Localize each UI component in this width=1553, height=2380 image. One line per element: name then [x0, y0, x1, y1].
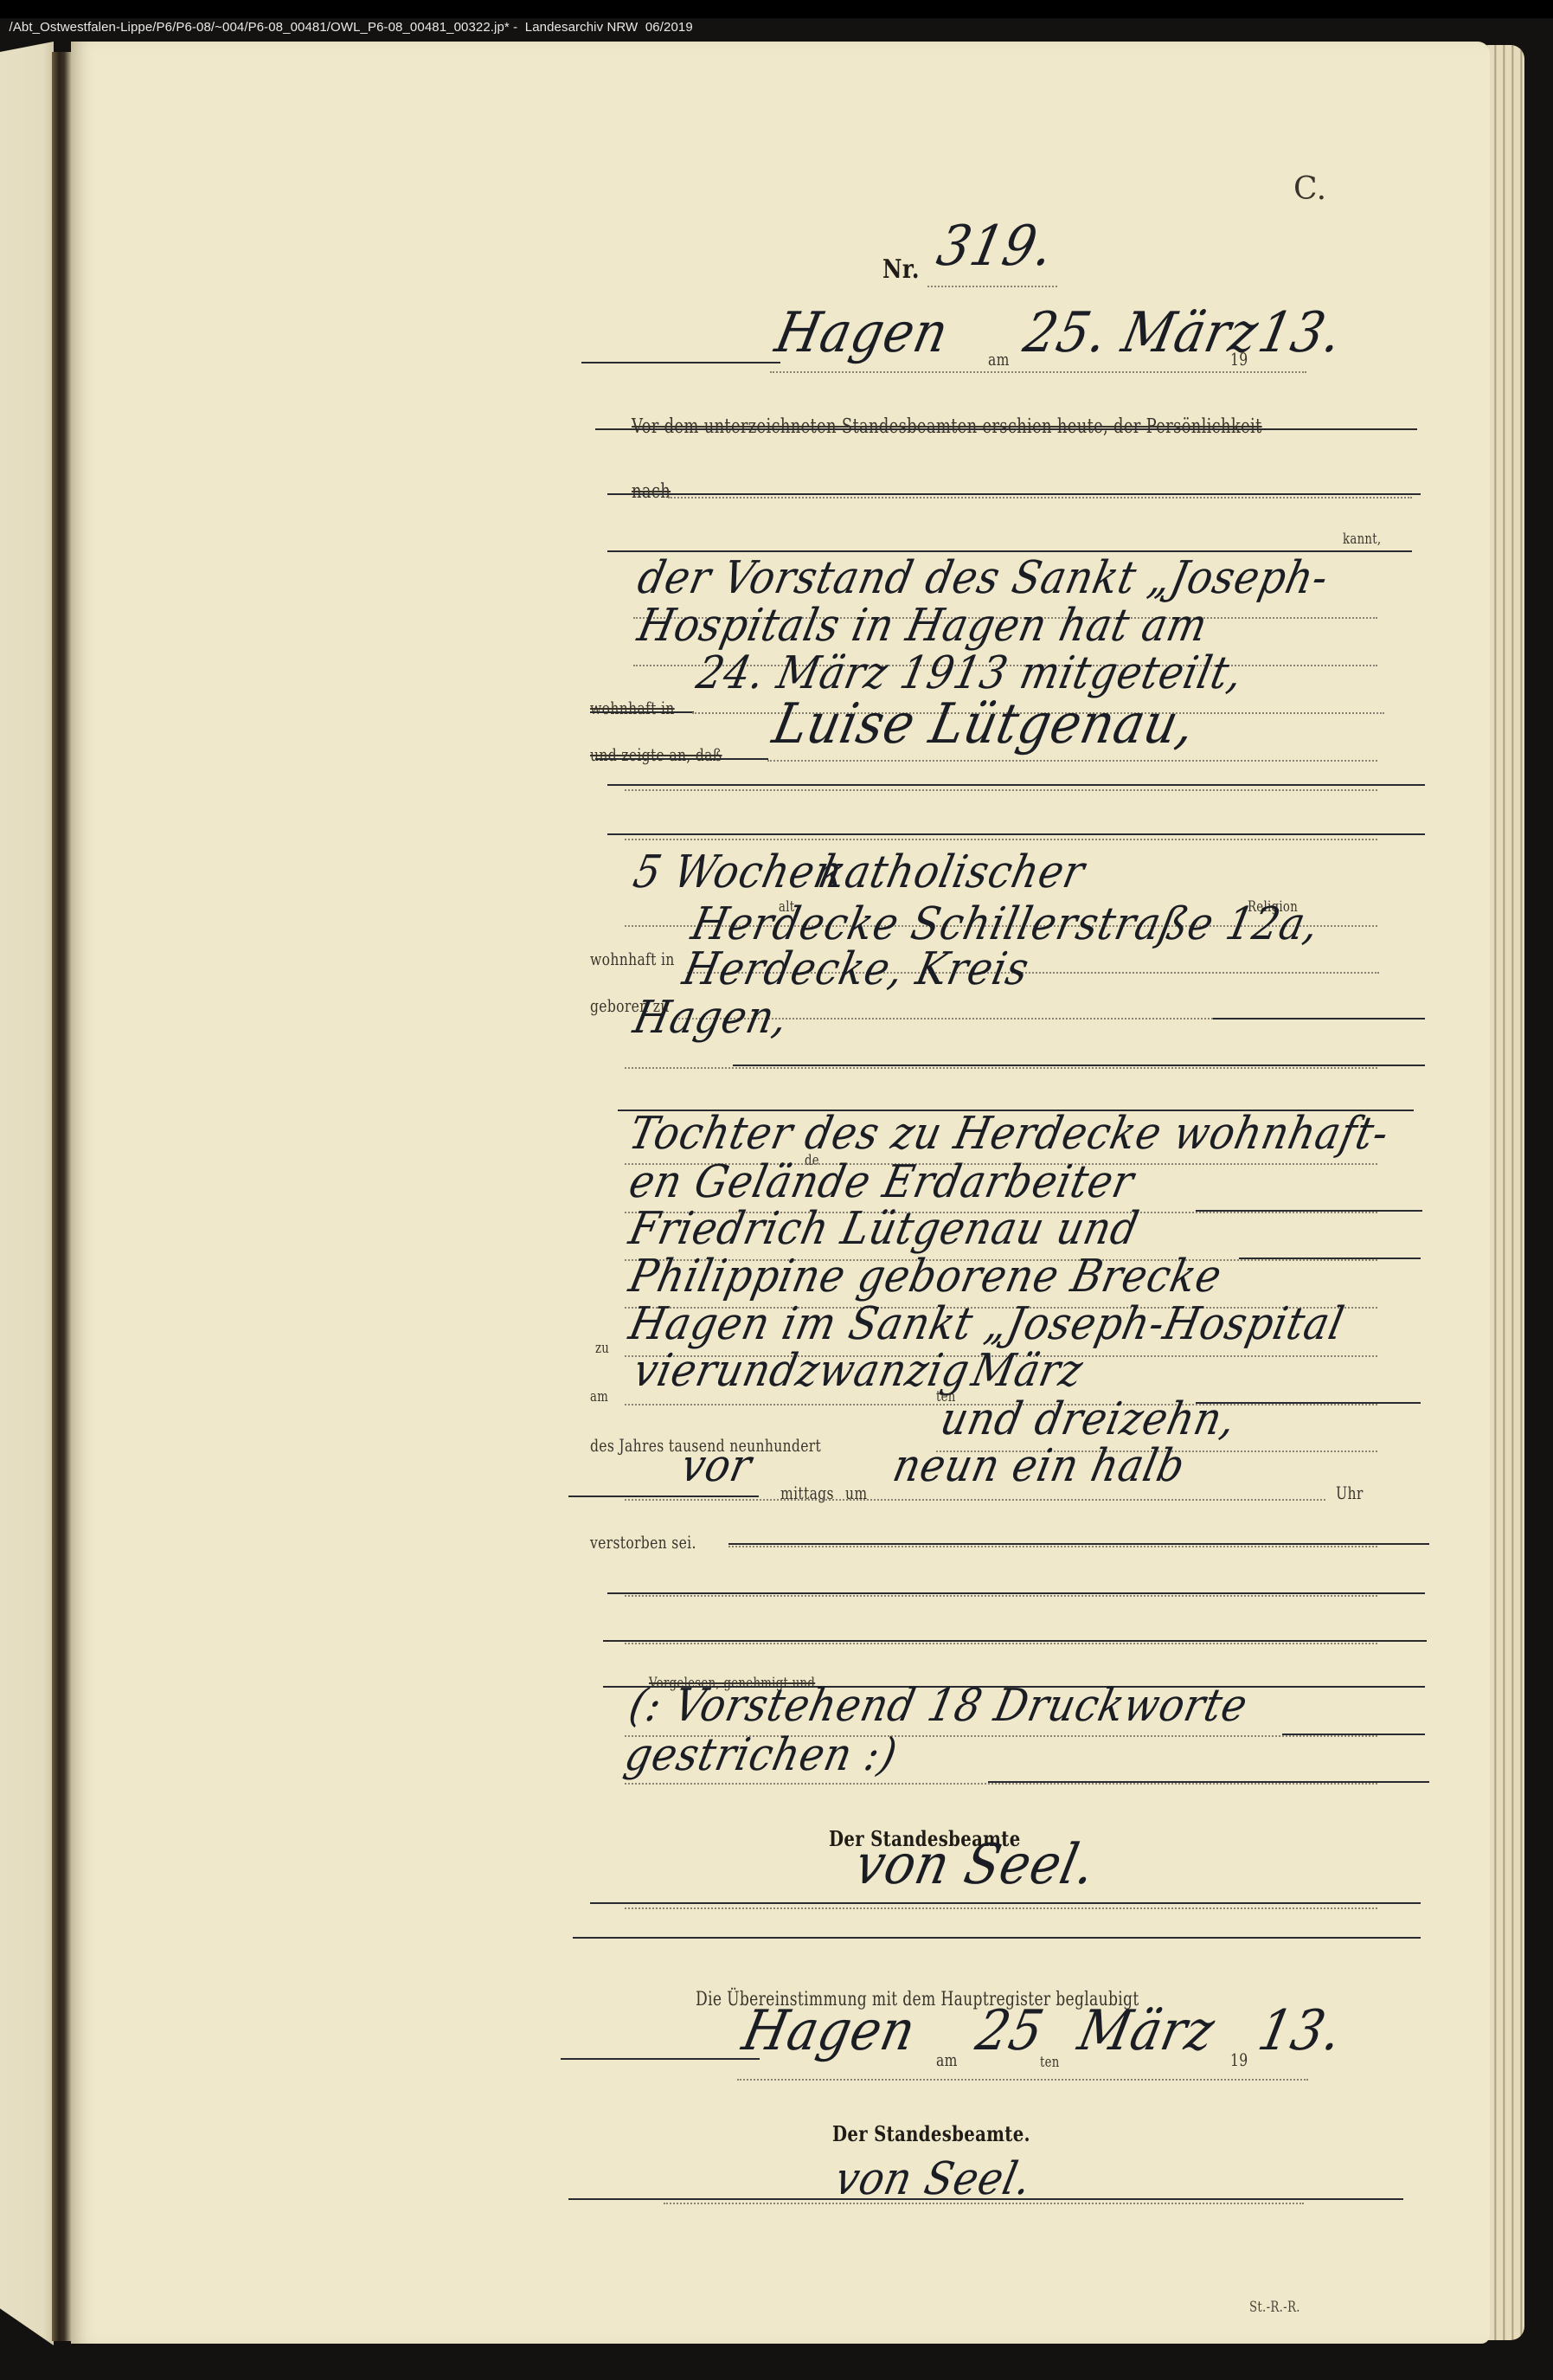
strike-line	[607, 493, 1421, 495]
pen-line	[1213, 1018, 1425, 1020]
am-label: am	[590, 1388, 608, 1405]
place-handwritten: Hagen	[770, 301, 954, 365]
death-month: März	[967, 1345, 1088, 1397]
dotline	[625, 1499, 1325, 1501]
pen-line	[603, 1640, 1427, 1642]
pen-line	[568, 1496, 759, 1497]
cert-month: März	[1073, 1999, 1221, 2063]
pen-line	[988, 1781, 1429, 1783]
cert-signature: von Seel.	[831, 2153, 1036, 2205]
note-line-1: (: Vorstehend 18 Druckworte	[625, 1680, 1252, 1732]
wohnhaft-struck: wohnhaft in	[590, 698, 675, 718]
birthplace-line-1: Herdecke, Kreis	[678, 943, 1034, 995]
death-day: vierundzwanzig	[629, 1345, 974, 1397]
pen-line	[607, 784, 1425, 786]
parents-line-1: Tochter des zu Herdecke wohnhaft-	[625, 1108, 1394, 1160]
parents-line-3: Friedrich Lütgenau und	[625, 1203, 1144, 1255]
window-title-bar: /Abt_Ostwestfalen-Lippe/P6/P6-08/~004/P6…	[0, 0, 1553, 18]
pen-line	[590, 1902, 1421, 1904]
official-signature: von Seel.	[850, 1833, 1101, 1897]
dotline	[728, 1546, 1377, 1547]
dotline	[767, 760, 1377, 762]
form-code: St.-R.-R.	[1249, 2299, 1300, 2316]
strike-line	[590, 711, 694, 713]
dotline	[625, 1783, 1377, 1785]
religion-value: katholischer	[815, 846, 1089, 898]
pen-line	[561, 2058, 760, 2060]
dotline	[625, 1067, 1377, 1069]
informant-line-2: Hospitals in Hagen hat am	[633, 600, 1212, 652]
note-line-2: gestrichen :)	[620, 1729, 902, 1781]
pen-line	[581, 362, 780, 363]
dotline	[625, 839, 1377, 840]
zu-label: zu	[595, 1340, 609, 1357]
cert-year-prefix: 19	[1230, 2049, 1248, 2070]
pen-line	[607, 1592, 1425, 1594]
nach-struck-text: nach	[632, 480, 671, 503]
dotline	[625, 1595, 1377, 1597]
pen-line	[573, 1937, 1421, 1939]
parents-line-4: Philippine geborene Brecke	[625, 1251, 1227, 1303]
strike-line	[595, 758, 768, 760]
nr-label: Nr.	[882, 254, 920, 285]
residence-value: Herdecke Schillerstraße 12a,	[687, 898, 1324, 950]
verstorben-label: verstorben sei.	[590, 1532, 696, 1553]
nr-value: 319.	[932, 215, 1060, 279]
year-prefix: 19	[1230, 349, 1248, 370]
pen-line	[568, 2198, 1403, 2200]
cert-official-label: Der Standesbeamte.	[832, 2121, 1030, 2146]
strike-line	[595, 428, 1417, 430]
parents-line-2: en Gelände Erdarbeiter	[625, 1156, 1139, 1208]
pen-line	[1239, 1258, 1421, 1259]
register-date: 25. März	[1018, 301, 1264, 365]
pen-line	[607, 833, 1425, 835]
intro-struck-text: Vor dem unterzeichneten Standesbeamten e…	[632, 415, 1262, 438]
dotline	[625, 1643, 1377, 1644]
informant-line-1: der Vorstand des Sankt „Joseph-	[633, 552, 1333, 604]
death-place: Hagen im Sankt „Joseph-Hospital	[625, 1298, 1349, 1350]
pen-line	[728, 1543, 1429, 1545]
register-page: C. Nr. 319. Hagen am 25. März 19 13. Vor…	[71, 42, 1490, 2344]
dotline	[625, 789, 1377, 791]
pen-line	[1196, 1210, 1422, 1212]
cert-day: 25	[971, 1999, 1049, 2063]
cert-am-label: am	[936, 2049, 958, 2070]
dotline	[664, 2203, 1304, 2204]
book-gutter	[52, 52, 73, 2341]
file-path-title: /Abt_Ostwestfalen-Lippe/P6/P6-08/~004/P6…	[10, 20, 693, 35]
am-label: am	[988, 349, 1010, 370]
cert-ten-label: ten	[1040, 2054, 1060, 2071]
year-suffix: 13.	[1253, 301, 1348, 365]
uhr-label: Uhr	[1336, 1483, 1364, 1503]
informant-line-3: 24. März 1913 mitgeteilt,	[692, 647, 1248, 699]
death-time: neun ein halb	[889, 1440, 1190, 1492]
vor-value: vor	[677, 1440, 756, 1492]
wohnhaft-label: wohnhaft in	[590, 949, 675, 969]
und-zeigte-an-struck: und zeigte an, daß	[590, 744, 722, 765]
dotline	[625, 1907, 1377, 1909]
nr-dotline	[927, 286, 1057, 287]
cert-year-suffix: 13.	[1253, 1999, 1348, 2063]
death-year: und dreizehn,	[936, 1393, 1241, 1445]
cert-place: Hagen	[737, 1999, 921, 2063]
series-letter: C.	[1293, 171, 1327, 207]
nach-dotline	[668, 497, 1412, 499]
pen-line	[1282, 1734, 1425, 1735]
deceased-name: Luise Lütgenau,	[767, 692, 1201, 756]
kannt-label: kannt,	[1343, 531, 1381, 548]
dotline	[737, 2079, 1308, 2081]
birthplace-line-2: Hagen,	[629, 992, 793, 1044]
date-dotline	[770, 371, 1306, 373]
age-value: 5 Wochen	[629, 846, 847, 898]
pen-line	[733, 1065, 1425, 1066]
left-page-edge	[0, 42, 54, 2345]
